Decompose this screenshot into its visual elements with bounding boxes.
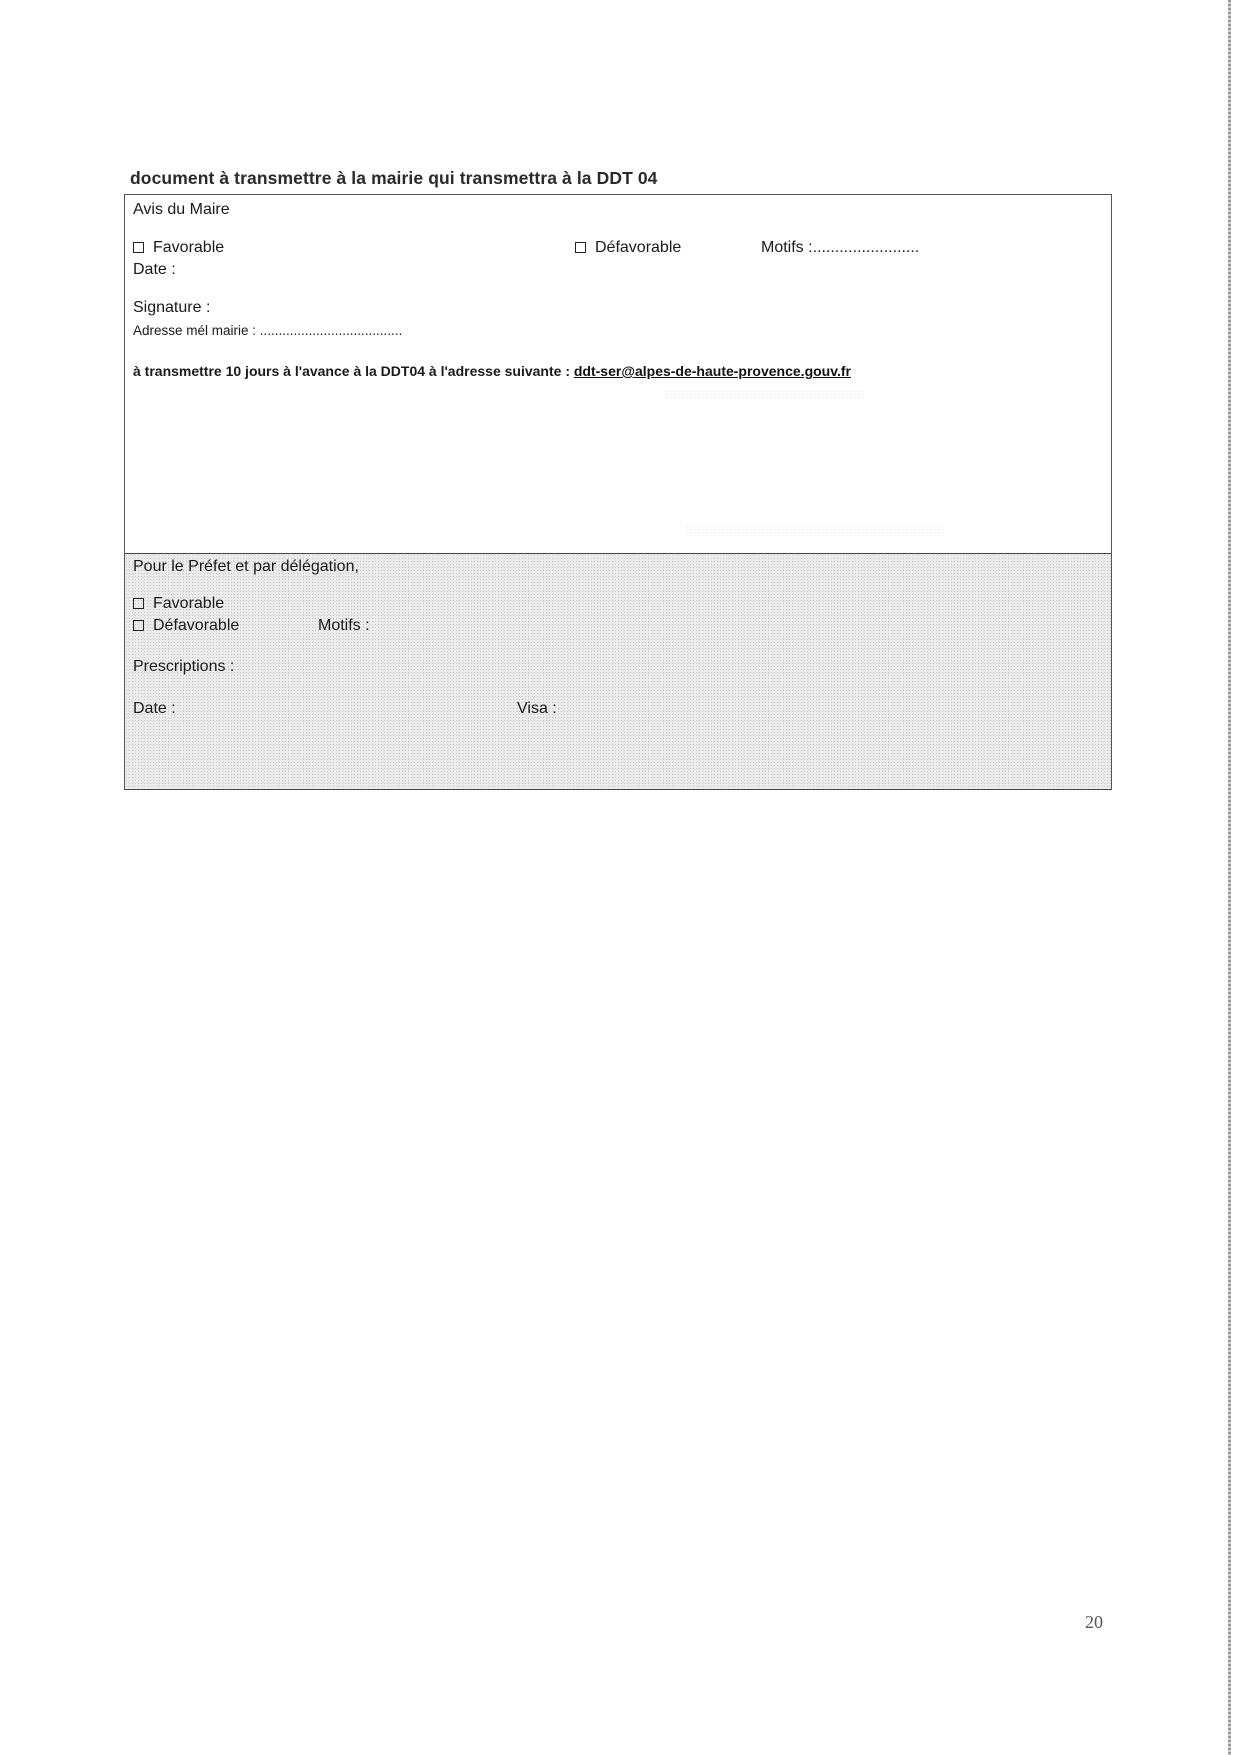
mayor-signature-field[interactable]: Signature : [133, 299, 210, 317]
prefect-motifs-field[interactable]: Motifs : [318, 617, 370, 635]
prefect-favorable-option[interactable]: Favorable [133, 595, 224, 613]
scan-edge-line [1228, 0, 1231, 1755]
favorable-checkbox[interactable] [133, 598, 144, 609]
page-number: 20 [1085, 1612, 1103, 1633]
visa-field[interactable]: Visa : [517, 700, 557, 718]
defavorable-checkbox[interactable] [133, 620, 144, 631]
favorable-checkbox[interactable] [133, 242, 144, 253]
mayor-motifs-field[interactable]: Motifs :........................ [761, 239, 919, 257]
prefect-date-field[interactable]: Date : [133, 700, 176, 718]
prefect-section-title: Pour le Préfet et par délégation, [133, 558, 359, 576]
favorable-label: Favorable [153, 595, 224, 612]
transmission-instruction: à transmettre 10 jours à l'avance à la D… [133, 363, 851, 379]
defavorable-checkbox[interactable] [575, 242, 586, 253]
mayor-date-field[interactable]: Date : [133, 261, 176, 279]
prefect-defavorable-option[interactable]: Défavorable [133, 617, 239, 635]
mayor-opinion-section: Avis du Maire Favorable Défavorable Moti… [124, 194, 1112, 554]
ddt-email-link[interactable]: ddt-ser@alpes-de-haute-provence.gouv.fr [574, 363, 851, 379]
prescriptions-field[interactable]: Prescriptions : [133, 658, 234, 676]
instruction-text: à transmettre 10 jours à l'avance à la D… [133, 363, 574, 379]
prefect-opinion-section: Pour le Préfet et par délégation, Favora… [124, 553, 1112, 790]
mayor-favorable-option[interactable]: Favorable [133, 239, 224, 257]
document-heading: document à transmettre à la mairie qui t… [130, 168, 657, 189]
scan-noise [665, 390, 865, 398]
favorable-label: Favorable [153, 239, 224, 256]
defavorable-label: Défavorable [153, 617, 239, 634]
scan-noise [685, 525, 945, 533]
mayor-section-title: Avis du Maire [133, 201, 230, 219]
mayor-defavorable-option[interactable]: Défavorable [575, 239, 681, 257]
mayor-email-field[interactable]: Adresse mél mairie : ...................… [133, 323, 402, 338]
defavorable-label: Défavorable [595, 239, 681, 256]
